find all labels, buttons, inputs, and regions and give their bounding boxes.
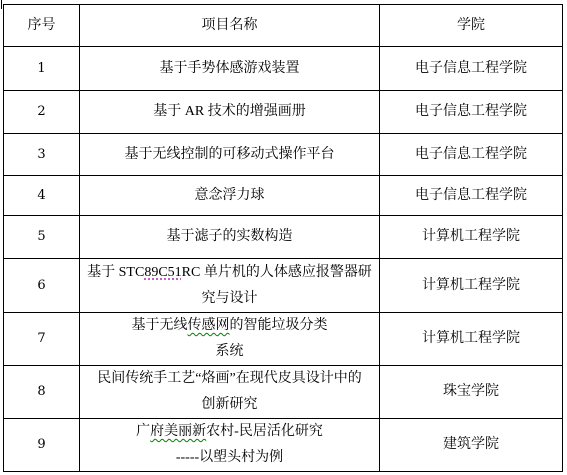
college-cell: 珠宝学院 [380, 366, 563, 419]
project-line: 创新研究 [80, 392, 379, 418]
table-row: 9 广府美丽新农村-民居活化研究 -----以塱头村为例 建筑学院 [4, 419, 563, 472]
grammar-underline-text: 府美丽新 [150, 424, 206, 439]
college-cell: 电子信息工程学院 [380, 134, 563, 176]
project-line: 基于无线控制的可移动式操作平台 [80, 142, 379, 168]
table-row: 1 基于手势体感游戏装置 电子信息工程学院 [4, 47, 563, 91]
project-text: RC 单片机的人体感应报警器研 [182, 265, 372, 280]
project-name-cell: 民间传统手工艺“烙画”在现代皮具设计中的 创新研究 [80, 366, 380, 419]
table-row: 8 民间传统手工艺“烙画”在现代皮具设计中的 创新研究 珠宝学院 [4, 366, 563, 419]
project-text: 基于无线控制的可移动式操作平台 [125, 147, 335, 162]
college-cell: 电子信息工程学院 [380, 47, 563, 91]
table-body: 1 基于手势体感游戏装置 电子信息工程学院 2 基于 AR 技术的增强画册 电子… [4, 47, 563, 472]
project-line: 究与设计 [80, 286, 379, 312]
projects-table: 序号 项目名称 学院 1 基于手势体感游戏装置 电子信息工程学院 2 基于 AR… [3, 4, 563, 472]
row-number: 6 [4, 259, 80, 313]
header-row: 序号 项目名称 学院 [4, 5, 563, 47]
project-text: 基于 AR 技术的增强画册 [153, 104, 305, 119]
college-cell: 建筑学院 [380, 419, 563, 472]
project-name-cell: 基于 AR 技术的增强画册 [80, 91, 380, 134]
college-cell: 计算机工程学院 [380, 313, 563, 366]
row-number: 4 [4, 176, 80, 216]
project-text: 意念浮力球 [195, 188, 265, 203]
table-header: 序号 项目名称 学院 [4, 5, 563, 47]
col-header-index: 序号 [4, 5, 80, 47]
project-name-cell: 广府美丽新农村-民居活化研究 -----以塱头村为例 [80, 419, 380, 472]
project-text: 农村-民居活化研究 [206, 424, 323, 439]
row-number: 9 [4, 419, 80, 472]
project-name-cell: 基于无线传感网的智能垃圾分类 系统 [80, 313, 380, 366]
table-row: 6 基于 STC89C51RC 单片机的人体感应报警器研 究与设计 计算机工程学… [4, 259, 563, 313]
project-line: 基于 AR 技术的增强画册 [80, 99, 379, 125]
row-number: 5 [4, 216, 80, 259]
project-text: 广 [136, 424, 150, 439]
row-number: 3 [4, 134, 80, 176]
college-cell: 电子信息工程学院 [380, 91, 563, 134]
project-text: 基于手势体感游戏装置 [160, 61, 300, 76]
row-number: 1 [4, 47, 80, 91]
project-text: 基于 STC [87, 265, 144, 280]
project-line: 基于滤子的实数构造 [80, 224, 379, 250]
college-cell: 计算机工程学院 [380, 259, 563, 313]
project-name-cell: 基于手势体感游戏装置 [80, 47, 380, 91]
college-cell: 电子信息工程学院 [380, 176, 563, 216]
table-row: 2 基于 AR 技术的增强画册 电子信息工程学院 [4, 91, 563, 134]
project-text: 基于滤子的实数构造 [167, 229, 293, 244]
project-name-cell: 基于无线控制的可移动式操作平台 [80, 134, 380, 176]
project-text: 基于无线 [132, 318, 188, 333]
col-header-college: 学院 [380, 5, 563, 47]
project-name-cell: 意念浮力球 [80, 176, 380, 216]
project-line: 基于手势体感游戏装置 [80, 56, 379, 82]
page-edge-artifact [1, 0, 2, 9]
col-header-project-name: 项目名称 [80, 5, 380, 47]
row-number: 8 [4, 366, 80, 419]
table-row: 4 意念浮力球 电子信息工程学院 [4, 176, 563, 216]
college-cell: 计算机工程学院 [380, 216, 563, 259]
table-row: 3 基于无线控制的可移动式操作平台 电子信息工程学院 [4, 134, 563, 176]
project-line: 民间传统手工艺“烙画”在现代皮具设计中的 [80, 366, 379, 392]
table-row: 7 基于无线传感网的智能垃圾分类 系统 计算机工程学院 [4, 313, 563, 366]
grammar-underline-text: 传感网 [188, 318, 230, 333]
table-row: 5 基于滤子的实数构造 计算机工程学院 [4, 216, 563, 259]
project-line: 基于无线传感网的智能垃圾分类 [80, 313, 379, 339]
project-line: 系统 [80, 339, 379, 365]
project-line: 基于 STC89C51RC 单片机的人体感应报警器研 [80, 260, 379, 286]
project-text: 民间传统手工艺“烙画”在现代皮具设计中的 [97, 371, 361, 386]
project-name-cell: 基于滤子的实数构造 [80, 216, 380, 259]
row-number: 2 [4, 91, 80, 134]
project-name-cell: 基于 STC89C51RC 单片机的人体感应报警器研 究与设计 [80, 259, 380, 313]
project-text: 的智能垃圾分类 [230, 318, 328, 333]
project-line: -----以塱头村为例 [80, 445, 379, 471]
project-line: 意念浮力球 [80, 183, 379, 209]
project-line: 广府美丽新农村-民居活化研究 [80, 419, 379, 445]
row-number: 7 [4, 313, 80, 366]
spellcheck-underline-text: 89C51 [144, 265, 181, 280]
